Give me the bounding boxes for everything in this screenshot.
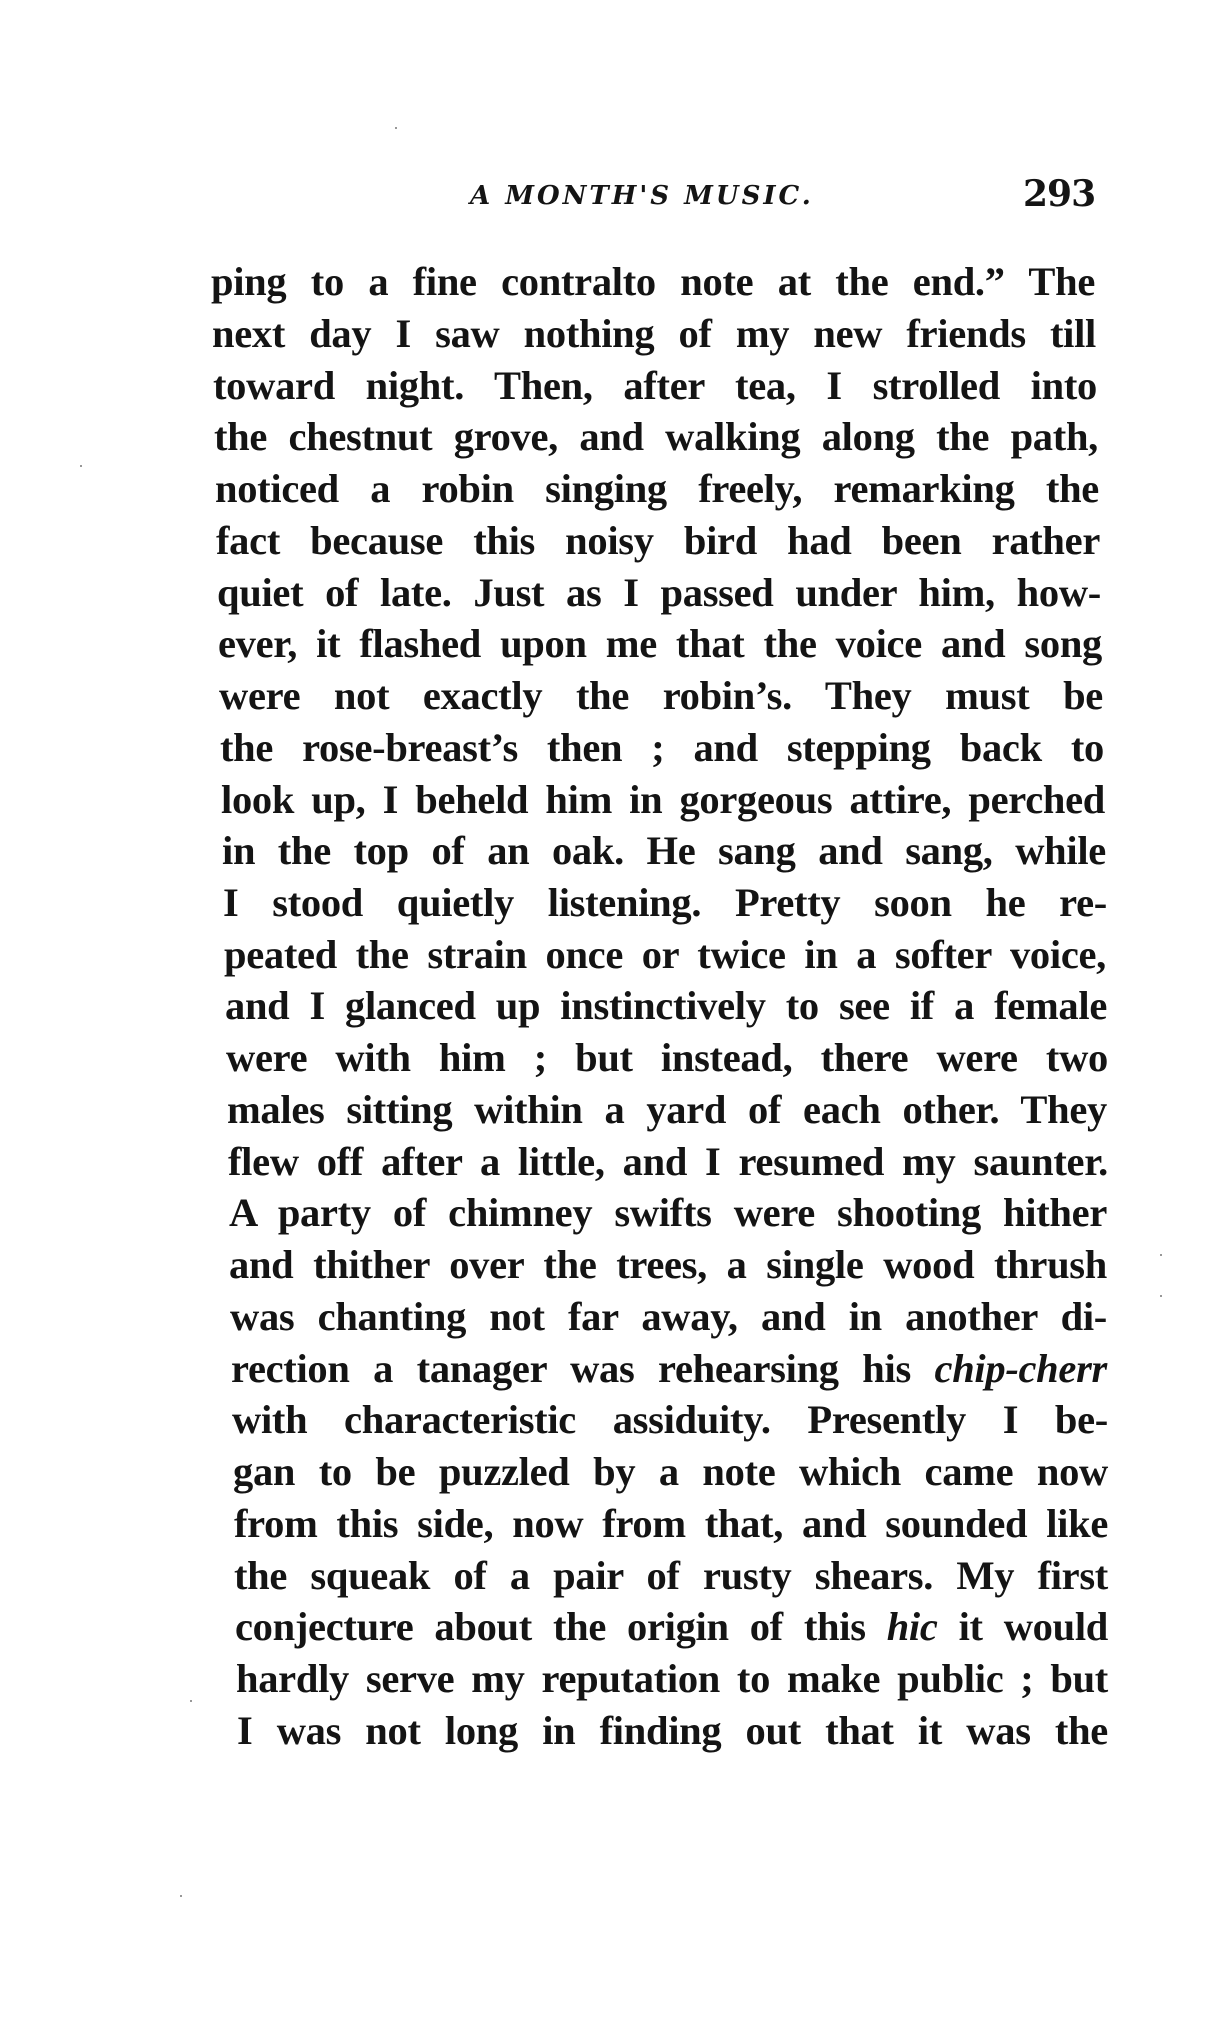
text-line: hardly serve my reputation to make publi… bbox=[236, 1653, 1108, 1705]
scan-artifact bbox=[395, 127, 397, 129]
text-line-with-italic: rection a tanager was rehearsing his chi… bbox=[231, 1343, 1107, 1395]
text-line: the squeak of a pair of rusty shears. My… bbox=[234, 1550, 1108, 1602]
text-span: conjecture about the origin of this bbox=[235, 1604, 866, 1649]
scan-artifact bbox=[1160, 1254, 1162, 1256]
text-line: flew off after a little, and I resumed m… bbox=[228, 1136, 1108, 1188]
text-line: toward night. Then, after tea, I strolle… bbox=[213, 360, 1097, 412]
text-line: males sitting within a yard of each othe… bbox=[227, 1084, 1107, 1136]
italic-phrase: chip-cherr bbox=[935, 1346, 1108, 1391]
text-line: fact because this noisy bird had been ra… bbox=[216, 515, 1100, 567]
text-line: quiet of late. Just as I passed under hi… bbox=[217, 567, 1101, 619]
text-line: A party of chimney swifts were shooting … bbox=[229, 1187, 1107, 1239]
text-line: the chestnut grove, and walking along th… bbox=[214, 411, 1098, 463]
text-line: ping to a fine contralto note at the end… bbox=[211, 256, 1095, 308]
text-line: gan to be puzzled by a note which came n… bbox=[233, 1446, 1108, 1498]
scan-artifact bbox=[80, 465, 82, 467]
text-line: and I glanced up instinctively to see if… bbox=[225, 980, 1107, 1032]
text-line: from this side, now from that, and sound… bbox=[234, 1498, 1108, 1550]
text-line: and thither over the trees, a single woo… bbox=[229, 1239, 1107, 1291]
page-number: 293 bbox=[1023, 174, 1095, 214]
text-line: in the top of an oak. He sang and sang, … bbox=[222, 825, 1106, 877]
text-line: I was not long in finding out that it wa… bbox=[237, 1705, 1108, 1757]
book-page: A MONTH'S MUSIC. 293 ping to a fine cont… bbox=[0, 0, 1215, 2025]
text-line: peated the strain once or twice in a sof… bbox=[224, 929, 1106, 981]
scan-artifact bbox=[1160, 1295, 1162, 1297]
text-line: were not exactly the robin’s. They must … bbox=[219, 670, 1103, 722]
text-line: ever, it flashed upon me that the voice … bbox=[218, 618, 1102, 670]
italic-phrase: hic bbox=[887, 1604, 938, 1649]
text-line: were with him ; but instead, there were … bbox=[226, 1032, 1108, 1084]
text-span: rection a tanager was rehearsing his bbox=[231, 1346, 911, 1391]
text-span: it would bbox=[959, 1604, 1108, 1649]
text-line: with characteristic assiduity. Presently… bbox=[232, 1394, 1108, 1446]
scan-artifact bbox=[190, 1700, 192, 1702]
text-line: was chanting not far away, and in anothe… bbox=[230, 1291, 1107, 1343]
text-line: I stood quietly listening. Pretty soon h… bbox=[223, 877, 1107, 929]
scan-artifact bbox=[180, 1895, 182, 1897]
text-line: the rose-breast’s then ; and stepping ba… bbox=[220, 722, 1104, 774]
text-line: noticed a robin singing freely, remarkin… bbox=[215, 463, 1099, 515]
running-head: A MONTH'S MUSIC. 293 bbox=[470, 176, 1110, 216]
text-line: next day I saw nothing of my new friends… bbox=[212, 308, 1096, 360]
running-title: A MONTH'S MUSIC. bbox=[470, 176, 814, 216]
text-line-with-italic: conjecture about the origin of this hic … bbox=[235, 1601, 1108, 1653]
text-line: look up, I beheld him in gorgeous attire… bbox=[221, 774, 1105, 826]
